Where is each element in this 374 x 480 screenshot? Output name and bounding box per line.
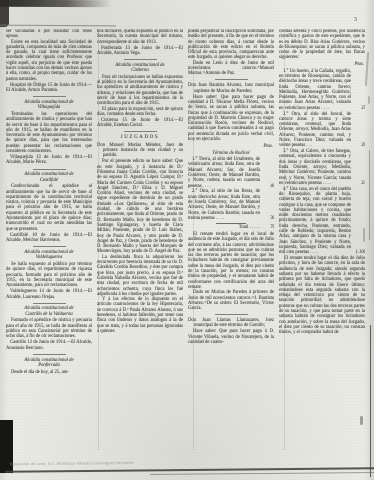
- paragraph: Para oír reclamaciones se hallan expuest…: [97, 75, 183, 107]
- paragraph: Por el presente edicto se hace saber: Qu…: [97, 159, 183, 254]
- continuation-paragraph: cientas setenta y cinco pesetas, por asi…: [279, 29, 365, 61]
- signature-line: Castilfalé 10 de Junio de 1914.—El Alcal…: [6, 233, 92, 244]
- continuation-paragraph: bos inclusive, queda expuesto al público…: [97, 29, 183, 45]
- paragraph: Se halla expuesto al público por término…: [6, 262, 92, 288]
- paragraph: Dado en Murias de Paredes á primero de J…: [188, 290, 274, 311]
- column-1: ser vacunadas ó por transitar con reses …: [6, 29, 92, 453]
- page-number: 3: [354, 16, 357, 23]
- auction-item-price: 1.100: [355, 250, 365, 255]
- paragraph: Dado en León á diez de Junio de mil nove…: [188, 61, 274, 77]
- edict-opener: Don Manuel Murias Méndez, Juez de primer…: [97, 143, 183, 159]
- separator-rule: [215, 314, 248, 315]
- auction-item: 2.° Otra, al sitio del Juncal, de catorc…: [279, 112, 365, 149]
- paragraph: El remate tendrá lugar en el local de au…: [188, 232, 274, 290]
- total-line-price: 70: [270, 225, 274, 230]
- place-subheading: Término de Rodicol: [188, 151, 274, 156]
- separator-rule: [33, 354, 66, 355]
- continuation-paragraph: pueda perjudicar la inscripción solicita…: [188, 29, 274, 61]
- total-line-text: Total . . . . .: [239, 225, 260, 230]
- signature-line: Villaquejida 13 de Junio de 1914.—El Alc…: [6, 155, 92, 166]
- auction-item: 3.° Otra, al Calero, de tres fanegas, ce…: [279, 149, 365, 186]
- paragraph: Desde el día de hoy, al 25, am-: [6, 370, 92, 375]
- separator-rule: [124, 131, 157, 132]
- paragraph: El remate tendrá lugar el día diez de Ju…: [279, 256, 365, 335]
- separator-rule: [33, 96, 66, 97]
- paragraph: Y á los efectos de lo dispuesto en el ar…: [97, 297, 183, 334]
- alcaldia-heading: Alcaldía constitucional de Ponferrada: [6, 358, 92, 369]
- auction-item-text: 1.° Tierra, al sitio del Urtabierto, de …: [188, 157, 260, 188]
- auction-item-price: 30: [270, 216, 274, 221]
- auction-item: 1.° Un huerto, á la Cañada, regadío, en …: [279, 69, 365, 111]
- separator-rule: [33, 169, 66, 170]
- juzgados-section-heading: JUZGADOS: [97, 135, 183, 140]
- column-3: pueda perjudicar la inscripción solicita…: [188, 29, 274, 453]
- total-line: Total . . . . .70: [188, 223, 274, 230]
- ptas-column-label: Ptas.: [280, 62, 364, 67]
- auction-item-text: 4.° Una casa, en el casco del pueblo de …: [279, 187, 351, 256]
- alcaldia-heading: Alcaldía constitucional de Castrillo de …: [6, 306, 92, 317]
- paragraph: Hace saber: Que para hacer pago de canti…: [188, 95, 274, 143]
- signature-line: Ponferrada 13 de Junio de 1914.—El Alcal…: [97, 46, 183, 57]
- text-columns: ser vacunadas ó por transitar con reses …: [6, 29, 365, 453]
- alcaldia-heading: Alcaldía constitucional de Castilfalé: [6, 172, 92, 183]
- auction-item-text: 3.° Otra, al Calero, de tres fanegas, ce…: [279, 149, 351, 186]
- alcaldia-heading: Alcaldía constitucional de Villaquejida: [6, 100, 92, 111]
- auction-item-price: 25: [361, 106, 365, 111]
- signature-line: Valdelugueros 14 de Junio de 1914.—El Al…: [6, 289, 92, 300]
- signature-line: Cistierna 15 de Junio de 1914.—El Alcald…: [97, 118, 183, 129]
- separator-rule: [33, 303, 66, 304]
- auction-item: 1.° Tierra, al sitio del Urtabierto, de …: [188, 157, 274, 189]
- auction-item-price: 40: [270, 184, 274, 189]
- paragraph: Formado el apéndice de rústica y pecuari…: [6, 318, 92, 339]
- continuation-paragraph: ser vacunadas ó por transitar con reses …: [6, 29, 92, 40]
- auction-item: 2.° Otra, al sitio de las Reras, de unas…: [188, 189, 274, 221]
- edict-opener: Don Juan Bautista Alvarez, Juez municipa…: [188, 83, 274, 94]
- auction-item-text: 1.° Un huerto, á la Cañada, regadío, en …: [279, 69, 351, 111]
- auction-item-price: 20: [361, 143, 365, 148]
- column-2: bos inclusive, queda expuesto al público…: [97, 29, 183, 453]
- paragraph: Confeccionado el apéndice al amillaramie…: [6, 184, 92, 232]
- auction-item: 4.° Una casa, en el casco del pueblo de …: [279, 187, 365, 256]
- separator-rule: [33, 246, 66, 247]
- paragraph: El plazo para la exposición, será de qui…: [97, 107, 183, 118]
- signature-line: Castrillo 12 de Junio de 1914.—El Alcald…: [6, 340, 92, 351]
- paragraph: Hace saber: Que para hacer pago á D. Vic…: [188, 329, 274, 345]
- paragraph: Terminadas las operaciones del amillaram…: [6, 112, 92, 154]
- edict-opener: Don Juan Llamas Llamazares, Juez municip…: [188, 318, 274, 329]
- paragraph: Existe en esta localidad una Sociedad de…: [6, 40, 92, 82]
- auction-item-text: 2.° Otra, al sitio del Juncal, de catorc…: [279, 112, 351, 149]
- separator-rule: [215, 79, 248, 80]
- paragraph: La deslindada finca la adquirieron los r…: [97, 255, 183, 297]
- alcaldia-heading: Alcaldía constitucional de Valdelugueros: [6, 250, 92, 261]
- column-4: cientas setenta y cinco pesetas, por asi…: [279, 29, 365, 453]
- separator-rule: [124, 59, 157, 60]
- ptas-column-label: Ptas.: [189, 144, 273, 149]
- auction-item-price: 24: [361, 181, 365, 186]
- alcaldia-heading: Alcaldía constitucional de Cistierna: [97, 63, 183, 74]
- auction-item-text: 2.° Otra, al sitio de las Reras, de unas…: [188, 189, 260, 220]
- signature-line: Hospital de Órbigo 15 de Junio de 1914.—…: [6, 83, 92, 94]
